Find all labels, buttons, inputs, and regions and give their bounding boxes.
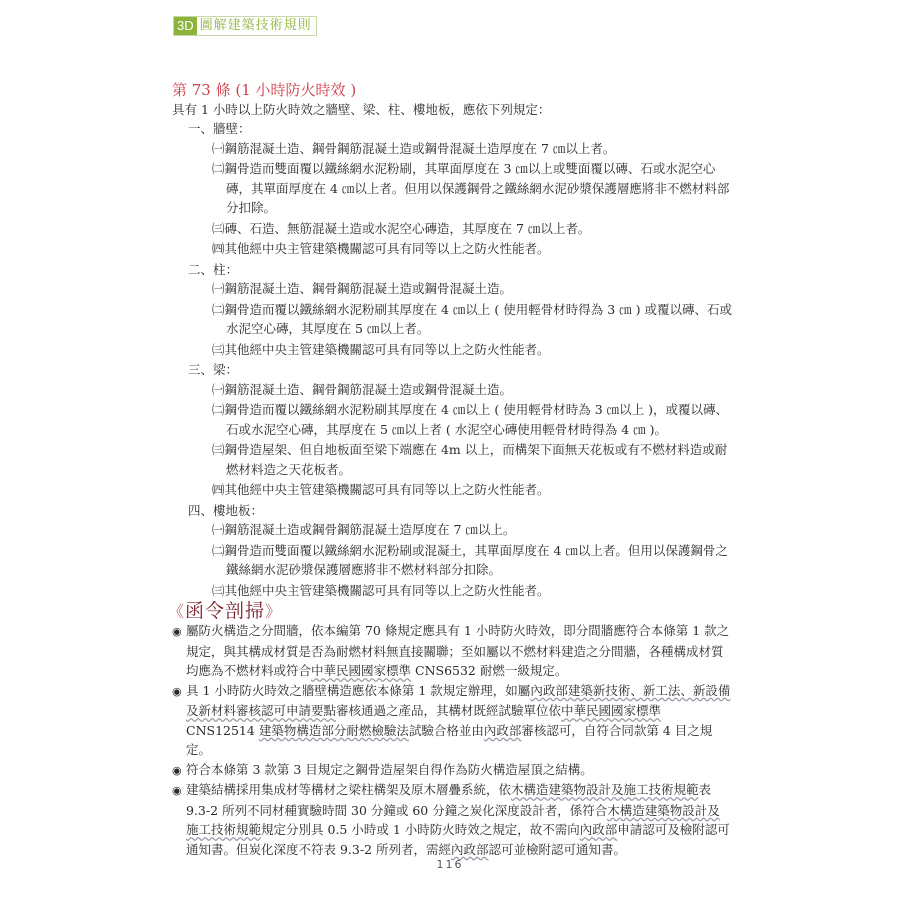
series-tag: 3D: [174, 17, 197, 35]
referenced-regulation: 建築物構造部分耐燃檢驗法: [259, 723, 409, 738]
bracket-open: 《: [168, 602, 185, 621]
section-walls: 一、牆壁： ㈠鋼筋混凝土造、鋼骨鋼筋混凝土造或鋼骨混凝土造厚度在 7 ㎝以上者。…: [172, 119, 732, 259]
list-item: ㈠鋼筋混凝土造、鋼骨鋼筋混凝土造或鋼骨混凝土造。: [212, 380, 732, 400]
referenced-regulation: 內政部: [451, 842, 489, 857]
section-beams: 三、梁： ㈠鋼筋混凝土造、鋼骨鋼筋混凝土造或鋼骨混凝土造。 ㈡鋼骨造而覆以鐵絲網…: [172, 360, 732, 500]
list-item: ㈣其他經中央主管建築機關認可具有同等以上之防火性能者。: [212, 480, 732, 500]
bullet-icon: ◉: [172, 622, 186, 642]
list-item: ㈡鋼骨造而雙面覆以鐵絲網水泥粉刷或混凝土，其單面厚度在 4 ㎝以上者。但用以保護…: [212, 541, 732, 580]
page-number: 116: [0, 858, 900, 871]
bullet-icon: ◉: [172, 761, 186, 781]
note-item: ◉屬防火構造之分間牆，依本編第 70 條規定應具有 1 小時防火時效，即分間牆應…: [172, 621, 732, 681]
list-item: ㈡鋼骨造而覆以鐵絲網水泥粉刷其厚度在 4 ㎝以上 ( 使用輕骨材時為 3 ㎝以上…: [212, 400, 732, 439]
bullet-icon: ◉: [172, 682, 186, 702]
article-intro: 具有 1 小時以上防火時效之牆壁、梁、柱、樓地板，應依下列規定：: [172, 100, 732, 119]
article-title: 第 73 條 (1 小時防火時效 ): [172, 80, 732, 100]
note-text: 認可並檢附認可通知書。: [489, 842, 627, 857]
referenced-regulation: 內政部: [580, 822, 618, 837]
referenced-regulation: 中華民國國家標準: [561, 703, 661, 718]
list-item: ㈢磚、石造、無筋混凝土造或水泥空心磚造，其厚度在 7 ㎝以上者。: [212, 219, 732, 239]
list-item: ㈡鋼骨造而雙面覆以鐵絲網水泥粉刷，其單面厚度在 3 ㎝以上或雙面覆以磚、石或水泥…: [212, 159, 732, 218]
note-text: 建築結構採用集成材等構材之梁柱構架及原木層疊系統，依: [186, 782, 511, 797]
note-text: 符合本條第 3 款第 3 目規定之鋼骨造屋架自得作為防火構造屋頂之結構。: [186, 762, 593, 777]
referenced-regulation: 中華民國國家標準: [311, 663, 411, 678]
note-text: 試驗合格並由: [409, 723, 484, 738]
section-heading: 四、樓地板：: [188, 501, 732, 521]
note-text: CNS12514: [186, 723, 259, 738]
list-item: ㈡鋼骨造而覆以鐵絲網水泥粉刷其厚度在 4 ㎝以上 ( 使用輕骨材時得為 3 ㎝ …: [212, 300, 732, 339]
note-text: 審核通過之產品，其構材既經試驗單位依: [336, 703, 561, 718]
section-heading: 三、梁：: [188, 360, 732, 380]
note-text: CNS6532 耐燃一級規定。: [411, 663, 567, 678]
list-item: ㈢其他經中央主管建築機關認可具有同等以上之防火性能者。: [212, 340, 732, 360]
note-text: 規定分別具 0.5 小時或 1 小時防火時效之規定，故不需向: [261, 822, 580, 837]
bracket-close: 》: [265, 602, 282, 621]
book-header-badge: 3D 圖解建築技術規則: [173, 16, 317, 36]
list-item: ㈣其他經中央主管建築機關認可具有同等以上之防火性能者。: [212, 239, 732, 259]
referenced-regulation: 木構造建築物設計及施工技術規範: [511, 782, 699, 797]
notes-title: 函令剖掃: [185, 600, 265, 622]
list-item: ㈢鋼骨造屋架、但自地板面至梁下端應在 4m 以上，而構架下面無天花板或有不燃材料…: [212, 440, 732, 479]
note-item: ◉符合本條第 3 款第 3 目規定之鋼骨造屋架自得作為防火構造屋頂之結構。: [172, 760, 732, 781]
article-body: 第 73 條 (1 小時防火時效 ) 具有 1 小時以上防火時效之牆壁、梁、柱、…: [172, 80, 732, 601]
note-text: 具 1 小時防火時效之牆壁構造應依本條第 1 款規定辦理，如屬: [186, 683, 530, 698]
list-item: ㈠鋼筋混凝土造、鋼骨鋼筋混凝土造或鋼骨混凝土造。: [212, 279, 732, 299]
note-item: ◉具 1 小時防火時效之牆壁構造應依本條第 1 款規定辦理，如屬內政部建築新技術…: [172, 681, 732, 760]
notes-heading: 《函令剖掃》: [168, 596, 282, 623]
list-item: ㈢其他經中央主管建築機關認可具有同等以上之防火性能者。: [212, 581, 732, 601]
section-heading: 二、柱：: [188, 260, 732, 280]
notes-list: ◉屬防火構造之分間牆，依本編第 70 條規定應具有 1 小時防火時效，即分間牆應…: [172, 621, 732, 859]
referenced-regulation: 內政部: [484, 723, 522, 738]
section-floors: 四、樓地板： ㈠鋼筋混凝土造或鋼骨鋼筋混凝土造厚度在 7 ㎝以上。 ㈡鋼骨造而雙…: [172, 501, 732, 601]
book-title: 圖解建築技術規則: [197, 17, 316, 35]
section-heading: 一、牆壁：: [188, 119, 732, 139]
bullet-icon: ◉: [172, 781, 186, 801]
section-columns: 二、柱： ㈠鋼筋混凝土造、鋼骨鋼筋混凝土造或鋼骨混凝土造。 ㈡鋼骨造而覆以鐵絲網…: [172, 260, 732, 360]
list-item: ㈠鋼筋混凝土造或鋼骨鋼筋混凝土造厚度在 7 ㎝以上。: [212, 520, 732, 540]
list-item: ㈠鋼筋混凝土造、鋼骨鋼筋混凝土造或鋼骨混凝土造厚度在 7 ㎝以上者。: [212, 139, 732, 159]
note-item: ◉建築結構採用集成材等構材之梁柱構架及原木層疊系統，依木構造建築物設計及施工技術…: [172, 780, 732, 859]
